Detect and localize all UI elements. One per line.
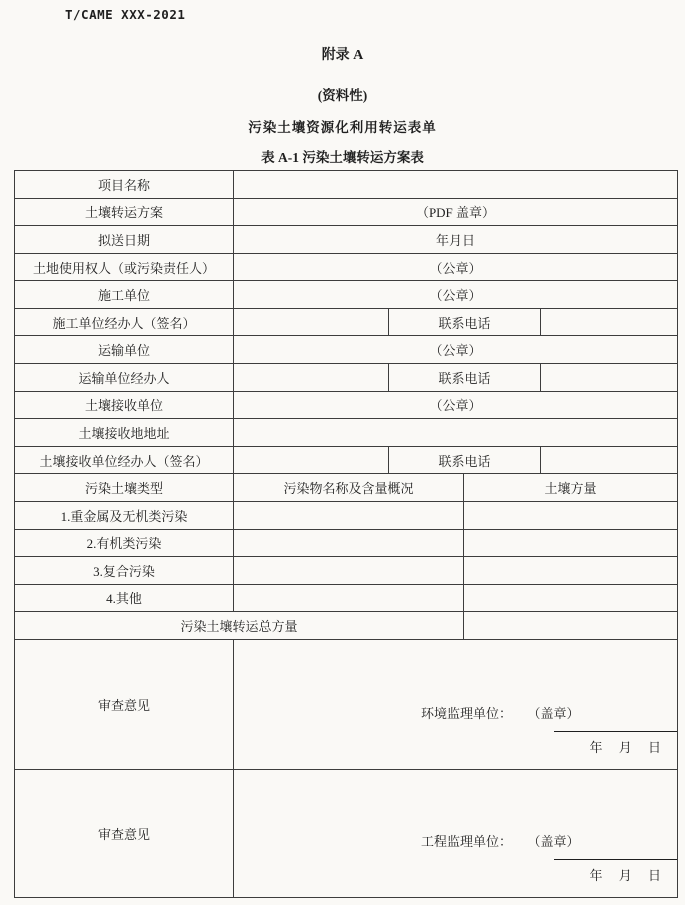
project-name-value	[234, 171, 678, 199]
receiving-agent-phone-value	[541, 446, 678, 474]
row-transport-agent: 运输单位经办人 联系电话	[15, 364, 678, 392]
review-eng-unit: 工程监理单位：（盖章）	[421, 831, 580, 850]
form-title: 污染土壤资源化利用转运表单	[0, 116, 685, 136]
review-eng-unit-label: 工程监理单位：	[421, 834, 512, 849]
row-pollution-header: 污染土壤类型 污染物名称及含量概况 土壤方量	[15, 474, 678, 502]
transfer-plan-table: 项目名称 土壤转运方案 （PDF 盖章） 拟送日期 年月日 土地使用权人（或污染…	[14, 170, 678, 898]
row-construction-agent: 施工单位经办人（签名） 联系电话	[15, 308, 678, 336]
appendix-note: (资料性)	[0, 84, 685, 104]
review-eng-date: 年 月 日	[589, 865, 661, 884]
pollution-type-1-label: 1.重金属及无机类污染	[15, 501, 234, 529]
pollution-type-3-volume	[464, 557, 678, 585]
receiving-address-value	[234, 419, 678, 447]
review-eng-label: 审查意见	[15, 770, 234, 898]
row-transport-unit: 运输单位 （公章）	[15, 336, 678, 364]
construction-unit-label: 施工单位	[15, 281, 234, 309]
pollution-type-3-label: 3.复合污染	[15, 557, 234, 585]
row-pollution-type-2: 2.有机类污染	[15, 529, 678, 557]
land-owner-label: 土地使用权人（或污染责任人）	[15, 253, 234, 281]
pollution-type-4-label: 4.其他	[15, 584, 234, 612]
pollution-total-value	[464, 612, 678, 640]
row-pollution-total: 污染土壤转运总方量	[15, 612, 678, 640]
transfer-plan-label: 土壤转运方案	[15, 198, 234, 226]
receiving-agent-label: 土壤接收单位经办人（签名）	[15, 446, 234, 474]
pollution-type-2-volume	[464, 529, 678, 557]
row-receiving-address: 土壤接收地地址	[15, 419, 678, 447]
row-transfer-plan: 土壤转运方案 （PDF 盖章）	[15, 198, 678, 226]
review-eng-seal: （盖章）	[534, 834, 580, 849]
review-env-signature-line	[554, 731, 677, 732]
row-pollution-type-1: 1.重金属及无机类污染	[15, 501, 678, 529]
transport-agent-value	[234, 364, 389, 392]
review-env-unit: 环境监理单位：（盖章）	[421, 703, 580, 722]
row-receiving-agent: 土壤接收单位经办人（签名） 联系电话	[15, 446, 678, 474]
review-env-seal: （盖章）	[534, 706, 580, 721]
review-env-label: 审查意见	[15, 640, 234, 770]
row-review-env: 审查意见 环境监理单位：（盖章） 年 月 日	[15, 640, 678, 770]
pollution-type-1-volume	[464, 501, 678, 529]
receiving-address-label: 土壤接收地地址	[15, 419, 234, 447]
construction-agent-phone-label: 联系电话	[389, 308, 541, 336]
review-env-date: 年 月 日	[589, 737, 661, 756]
transport-unit-value: （公章）	[234, 336, 678, 364]
project-name-label: 项目名称	[15, 171, 234, 199]
receiving-agent-phone-label: 联系电话	[389, 446, 541, 474]
submit-date-value: 年月日	[234, 226, 678, 254]
pollution-type-4-desc	[234, 584, 464, 612]
transport-agent-label: 运输单位经办人	[15, 364, 234, 392]
row-pollution-type-4: 4.其他	[15, 584, 678, 612]
pollution-type-2-label: 2.有机类污染	[15, 529, 234, 557]
land-owner-value: （公章）	[234, 253, 678, 281]
row-construction-unit: 施工单位 （公章）	[15, 281, 678, 309]
pollution-type-3-desc	[234, 557, 464, 585]
appendix-title: 附录 A	[0, 44, 685, 64]
construction-unit-value: （公章）	[234, 281, 678, 309]
row-review-eng: 审查意见 工程监理单位：（盖章） 年 月 日	[15, 770, 678, 898]
document-page: T/CAME XXX-2021 附录 A (资料性) 污染土壤资源化利用转运表单…	[0, 0, 685, 905]
pollution-type-1-desc	[234, 501, 464, 529]
row-receiving-unit: 土壤接收单位 （公章）	[15, 391, 678, 419]
review-env-signature-area: 环境监理单位：（盖章） 年 月 日	[234, 640, 678, 770]
transfer-plan-value: （PDF 盖章）	[234, 198, 678, 226]
construction-agent-phone-value	[541, 308, 678, 336]
pollution-volume-header: 土壤方量	[464, 474, 678, 502]
standard-code: T/CAME XXX-2021	[65, 7, 185, 22]
row-submit-date: 拟送日期 年月日	[15, 226, 678, 254]
receiving-unit-value: （公章）	[234, 391, 678, 419]
submit-date-label: 拟送日期	[15, 226, 234, 254]
review-env-unit-label: 环境监理单位：	[421, 706, 512, 721]
row-project-name: 项目名称	[15, 171, 678, 199]
receiving-unit-label: 土壤接收单位	[15, 391, 234, 419]
pollution-desc-header: 污染物名称及含量概况	[234, 474, 464, 502]
transport-agent-phone-value	[541, 364, 678, 392]
construction-agent-value	[234, 308, 389, 336]
pollution-type-4-volume	[464, 584, 678, 612]
transport-agent-phone-label: 联系电话	[389, 364, 541, 392]
transport-unit-label: 运输单位	[15, 336, 234, 364]
construction-agent-label: 施工单位经办人（签名）	[15, 308, 234, 336]
table-title: 表 A-1 污染土壤转运方案表	[0, 146, 685, 166]
row-pollution-type-3: 3.复合污染	[15, 557, 678, 585]
receiving-agent-value	[234, 446, 389, 474]
review-eng-signature-area: 工程监理单位：（盖章） 年 月 日	[234, 770, 678, 898]
pollution-total-label: 污染土壤转运总方量	[15, 612, 464, 640]
row-land-owner: 土地使用权人（或污染责任人） （公章）	[15, 253, 678, 281]
pollution-type-header: 污染土壤类型	[15, 474, 234, 502]
review-eng-signature-line	[554, 859, 677, 860]
pollution-type-2-desc	[234, 529, 464, 557]
